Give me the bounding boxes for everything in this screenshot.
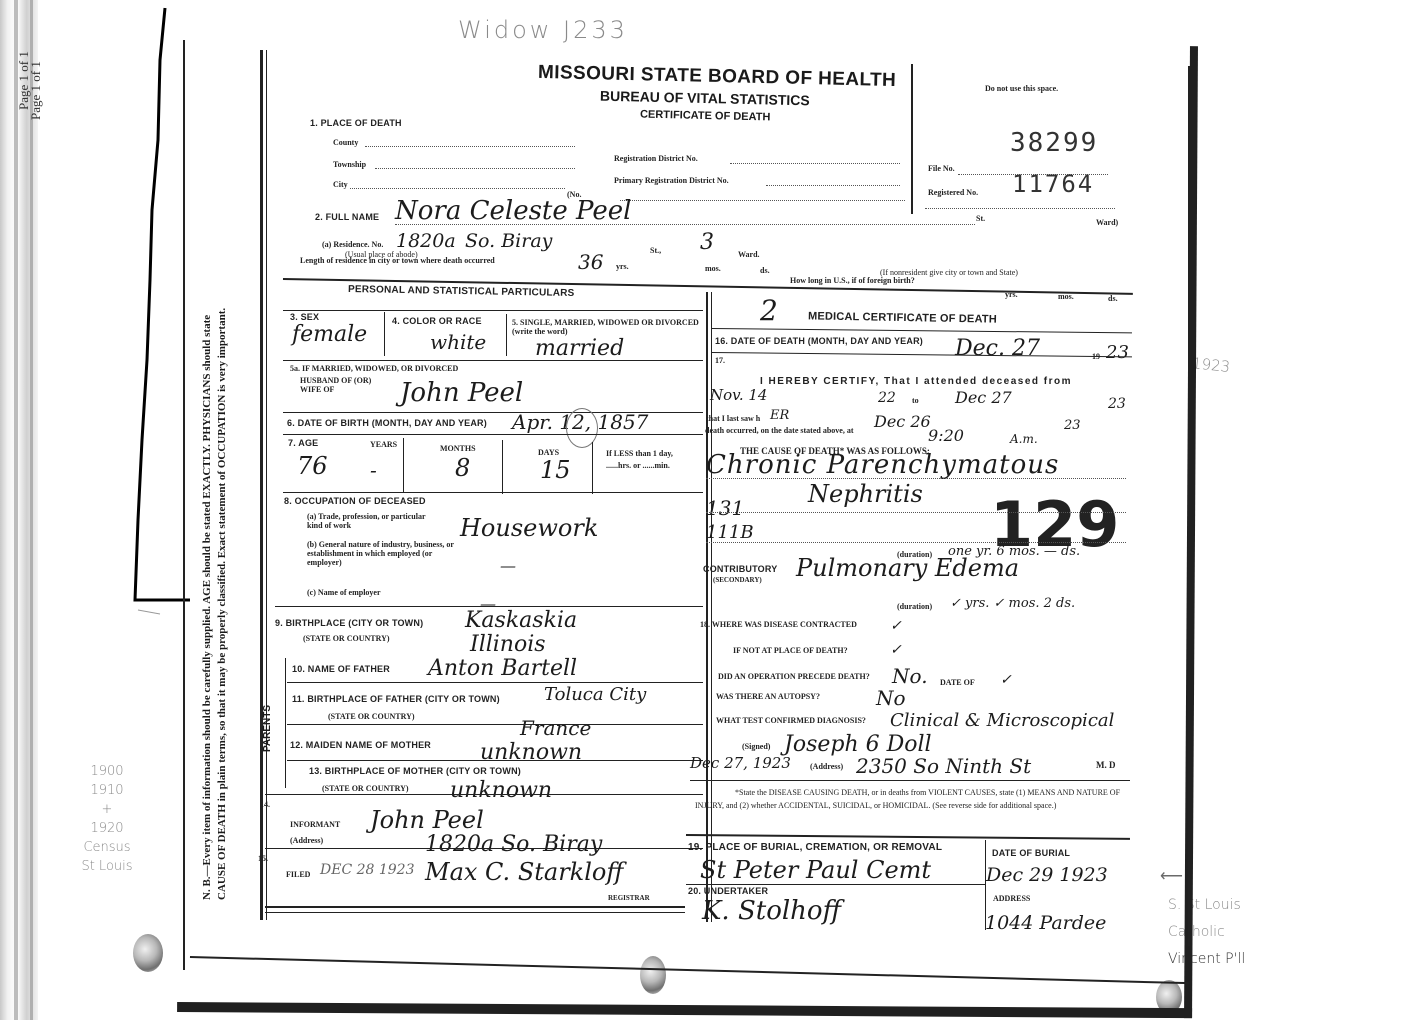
registrar-label: REGISTRAR bbox=[608, 894, 650, 902]
place-of-death-heading: 1. PLACE OF DEATH bbox=[310, 118, 402, 128]
foreign-birth-label: How long in U.S., if of foreign birth? bbox=[790, 276, 915, 285]
date-of-death-value: Dec. 27 bbox=[955, 336, 1040, 361]
length-years: 36 bbox=[578, 250, 603, 274]
months-label: MONTHS bbox=[440, 444, 476, 453]
mother-birth-label: 13. BIRTHPLACE OF MOTHER (CITY OR TOWN) bbox=[309, 766, 521, 776]
age-dash: - bbox=[370, 458, 377, 482]
file-no-label: File No. bbox=[928, 164, 955, 173]
spouse-value: John Peel bbox=[400, 378, 523, 408]
margin-note-widow: Widow J233 bbox=[458, 16, 628, 44]
undertaker-address: 1044 Pardee bbox=[985, 912, 1106, 934]
full-name-value: Nora Celeste Peel bbox=[395, 196, 631, 226]
registrar-signature: Max C. Starkloff bbox=[425, 858, 623, 886]
duration-secondary: ✓ yrs. ✓ mos. 2 ds. bbox=[950, 596, 1075, 611]
last-saw-suffix: ER bbox=[770, 408, 789, 423]
marital-value: married bbox=[535, 336, 624, 361]
certify-statement: I HEREBY CERTIFY, That I attended deceas… bbox=[760, 376, 1072, 387]
md-label: M. D bbox=[1096, 760, 1116, 770]
father-state-label: (STATE OR COUNTRY) bbox=[328, 712, 415, 721]
alive-on: Dec 26 bbox=[874, 412, 931, 431]
st-label: St. bbox=[976, 214, 985, 223]
test-value: Clinical & Microscopical bbox=[890, 710, 1114, 731]
autopsy-label: WAS THERE AN AUTOPSY? bbox=[716, 692, 820, 701]
age-days: 15 bbox=[540, 456, 571, 484]
age-months: 8 bbox=[455, 454, 470, 482]
city-field bbox=[350, 188, 565, 189]
residence-number: 1820a bbox=[396, 230, 456, 252]
father-label: 10. NAME OF FATHER bbox=[292, 664, 390, 674]
filed-number: 15. bbox=[258, 854, 268, 863]
duration-label-2: (duration) bbox=[897, 602, 932, 611]
burial-date-label: DATE OF BURIAL bbox=[992, 848, 1070, 858]
occupation-b-label: (b) General nature of industry, business… bbox=[307, 540, 457, 567]
ds-label-2: ds. bbox=[1108, 294, 1118, 303]
burial-date-value: Dec 29 1923 bbox=[986, 864, 1108, 886]
instructions-line-1: N. B.—Every item of information should b… bbox=[201, 100, 213, 900]
signed-date: Dec 27, 1923 bbox=[690, 754, 791, 772]
less-than-day-label: If LESS than 1 day, ......hrs. or ......… bbox=[606, 448, 698, 472]
township-field bbox=[375, 168, 575, 169]
primary-reg-district-label: Primary Registration District No. bbox=[614, 176, 729, 185]
age-label: 7. AGE bbox=[288, 438, 318, 448]
parents-label: PARENTS bbox=[262, 705, 273, 752]
reg-district-label: Registration District No. bbox=[614, 154, 698, 163]
undertaker-value: K. Stolhoff bbox=[702, 896, 841, 926]
informant-value: John Peel bbox=[370, 806, 484, 834]
county-field bbox=[365, 146, 575, 147]
cause-line bbox=[706, 478, 1126, 479]
margin-note-year: 1923 bbox=[1191, 354, 1231, 376]
sig-address-label: (Address) bbox=[810, 762, 843, 771]
margin-note-census: 1900 1910 + 1920 Census St Louis bbox=[62, 762, 152, 876]
binder-line bbox=[30, 0, 33, 1020]
length-label: Length of residence in city or town wher… bbox=[300, 256, 495, 265]
sex-label: 3. SEX bbox=[290, 312, 319, 322]
page-indicator: Page 1 of 1 bbox=[28, 61, 44, 120]
registered-no-label: Registered No. bbox=[928, 188, 978, 197]
am-label: A.m. bbox=[1010, 432, 1038, 446]
contributory-value: Pulmonary Edema bbox=[796, 554, 1019, 582]
burial-place-value: St Peter Paul Cemt bbox=[700, 856, 931, 884]
father-birth-label: 11. BIRTHPLACE OF FATHER (CITY OR TOWN) bbox=[292, 694, 500, 704]
occupation-b-value: — bbox=[500, 556, 516, 575]
circled-day-mark bbox=[566, 408, 598, 448]
sex-value: female bbox=[292, 322, 367, 347]
attended-from: Nov. 14 bbox=[710, 386, 767, 404]
to-year: 23 bbox=[1108, 396, 1126, 412]
mother-value: unknown bbox=[480, 740, 582, 765]
years-label: YEARS bbox=[370, 440, 397, 449]
operation-label: DID AN OPERATION PRECEDE DEATH? bbox=[718, 672, 870, 681]
undertaker-label: 20. UNDERTAKER bbox=[688, 886, 768, 896]
date-of-death-label: 16. DATE OF DEATH (MONTH, DAY AND YEAR) bbox=[715, 336, 923, 346]
certificate-number: 38299 bbox=[1010, 128, 1098, 158]
registered-no: 11764 bbox=[1012, 170, 1094, 198]
to-label: to bbox=[912, 396, 919, 405]
birthplace-city: Kaskaskia bbox=[465, 608, 577, 633]
item-17: 17. bbox=[715, 356, 725, 365]
death-time: 9:20 bbox=[928, 426, 964, 445]
city-label: City bbox=[333, 180, 348, 189]
father-value: Anton Bartell bbox=[428, 656, 577, 681]
father-birth-country: France bbox=[520, 716, 591, 740]
sig-address: 2350 So Ninth St bbox=[856, 754, 1031, 778]
full-name-label: 2. FULL NAME bbox=[315, 212, 379, 222]
birthplace-label: 9. BIRTHPLACE (CITY OR TOWN) bbox=[275, 618, 423, 628]
cause-footnote: *State the DISEASE CAUSING DEATH, or in … bbox=[695, 786, 1125, 812]
office-note: Do not use this space. bbox=[985, 84, 1058, 93]
mother-label: 12. MAIDEN NAME OF MOTHER bbox=[290, 740, 431, 750]
cause-primary-2: Nephritis bbox=[808, 480, 923, 508]
medical-mark: 2 bbox=[760, 294, 778, 327]
date-of-value: ✓ bbox=[1000, 672, 1012, 688]
birthplace-state: Illinois bbox=[470, 632, 546, 657]
occupation-a-label: (a) Trade, profession, or particular kin… bbox=[307, 512, 427, 530]
residence-label: (a) Residence. No. bbox=[322, 240, 383, 249]
mos-label: mos. bbox=[705, 264, 721, 273]
dod-year: 23 bbox=[1106, 342, 1129, 363]
punch-hole bbox=[133, 934, 163, 972]
filed-date: DEC 28 1923 bbox=[320, 862, 415, 878]
ward-label-2: Ward. bbox=[738, 250, 760, 259]
father-birth-city: Toluca City bbox=[544, 684, 646, 705]
residence-street: So. Biray bbox=[465, 230, 552, 252]
where-label: 18. WHERE WAS DISEASE CONTRACTED bbox=[700, 620, 857, 629]
informant-number: 14. bbox=[260, 800, 270, 809]
signed-label: (Signed) bbox=[742, 742, 770, 751]
burial-place-label: 19. PLACE OF BURIAL, CREMATION, OR REMOV… bbox=[688, 842, 942, 853]
reg-district-field bbox=[730, 163, 900, 164]
occupation-a-value: Housework bbox=[460, 514, 598, 542]
spouse-label-2: HUSBAND OF (OR) WIFE OF bbox=[300, 376, 380, 394]
address-field bbox=[925, 208, 1115, 209]
from-year: 22 bbox=[878, 390, 896, 406]
where-value: ✓ bbox=[890, 618, 902, 634]
race-label: 4. COLOR OR RACE bbox=[392, 316, 482, 326]
occupation-c-label: (c) Name of employer bbox=[307, 588, 381, 597]
undertaker-address-label: ADDRESS bbox=[993, 894, 1030, 903]
instructions-line-2: CAUSE OF DEATH in plain terms, so that i… bbox=[216, 100, 228, 900]
township-label: Township bbox=[333, 160, 366, 169]
age-years: 76 bbox=[297, 452, 328, 480]
cause-line bbox=[706, 512, 1126, 513]
attended-to: Dec 27 bbox=[955, 388, 1012, 407]
test-label: WHAT TEST CONFIRMED DIAGNOSIS? bbox=[716, 716, 866, 725]
spouse-label-1: 5a. IF MARRIED, WIDOWED, OR DIVORCED bbox=[290, 364, 458, 373]
not-at-place-label: IF NOT AT PLACE OF DEATH? bbox=[733, 646, 848, 655]
informant-address: 1820a So. Biray bbox=[425, 832, 602, 857]
ward-number: 3 bbox=[700, 230, 714, 255]
cause-code-2: 111B bbox=[706, 522, 754, 543]
death-time-label: death occurred, on the date stated above… bbox=[705, 426, 854, 435]
state-label: (STATE OR COUNTRY) bbox=[303, 634, 390, 643]
county-label: County bbox=[333, 138, 358, 147]
secondary-label: (SECONDARY) bbox=[713, 576, 762, 584]
full-name-line bbox=[395, 224, 975, 225]
mother-birth-value: unknown bbox=[450, 778, 552, 803]
ward-label: Ward) bbox=[1096, 218, 1118, 227]
primary-reg-district-field bbox=[766, 185, 900, 186]
cause-line bbox=[706, 542, 1126, 543]
ds-label: ds. bbox=[760, 266, 770, 275]
cause-primary-1: Chronic Parenchymatous bbox=[706, 450, 1059, 480]
st-label-2: St., bbox=[650, 246, 661, 255]
not-at-place-value: ✓ bbox=[890, 642, 902, 658]
nonresident-note: (If nonresident give city or town and St… bbox=[880, 268, 1018, 277]
mother-state-label: (STATE OR COUNTRY) bbox=[322, 784, 409, 793]
informant-address-label: (Address) bbox=[290, 836, 323, 845]
cause-code-1: 131 bbox=[706, 496, 744, 520]
contributory-label: CONTRIBUTORY bbox=[703, 564, 777, 574]
marital-label: 5. SINGLE, MARRIED, WIDOWED OR DIVORCED … bbox=[512, 318, 702, 336]
yrs-label: yrs. bbox=[616, 262, 629, 271]
date-of-label: DATE OF bbox=[940, 678, 975, 687]
autopsy-value: No bbox=[876, 686, 906, 710]
occupation-label: 8. OCCUPATION OF DECEASED bbox=[284, 496, 426, 506]
dob-label: 6. DATE OF BIRTH (MONTH, DAY AND YEAR) bbox=[287, 418, 487, 428]
last-saw-label: that I last saw h bbox=[706, 414, 760, 423]
street-field bbox=[620, 200, 905, 201]
binder-line bbox=[14, 0, 18, 1020]
filed-label: FILED bbox=[286, 870, 310, 879]
race-value: white bbox=[430, 330, 486, 354]
informant-label: INFORMANT bbox=[290, 820, 340, 829]
alive-year: 23 bbox=[1064, 418, 1081, 433]
operation-value: No. bbox=[892, 664, 928, 688]
